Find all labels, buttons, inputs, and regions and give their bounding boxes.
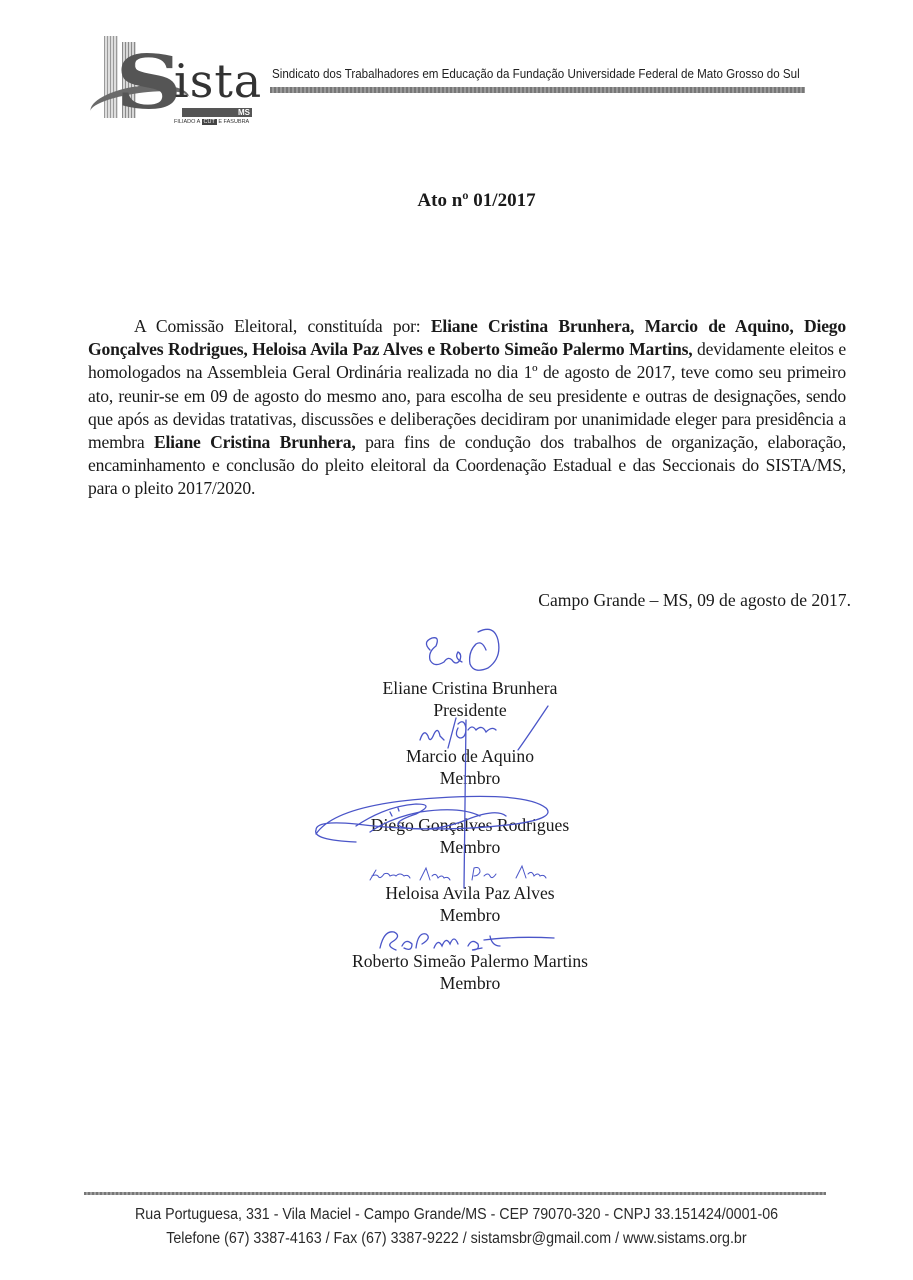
logo-wordmark: ista: [174, 58, 262, 104]
body-bold-run: Eliane Cristina Brunhera,: [154, 432, 356, 452]
signature-block-member: Marcio de Aquino Membro: [280, 745, 660, 789]
signatory-name: Roberto Simeão Palermo Martins: [280, 950, 660, 972]
signatory-role: Presidente: [280, 699, 660, 721]
signature-heloisa: [370, 866, 546, 880]
signatory-role: Membro: [280, 972, 660, 994]
footer-contact: Telefone (67) 3387-4163 / Fax (67) 3387-…: [0, 1230, 913, 1248]
logo-affiliation: FILIADO A CUT E FASUBRA: [174, 119, 249, 125]
signature-block-member: Roberto Simeão Palermo Martins Membro: [280, 950, 660, 994]
body-paragraph: A Comissão Eleitoral, constituída por: E…: [88, 315, 846, 501]
signatory-name: Diego Gonçalves Rodrigues: [280, 814, 660, 836]
signature-roberto: [380, 932, 554, 950]
organization-name: Sindicato dos Trabalhadores em Educação …: [272, 66, 800, 81]
place-date: Campo Grande – MS, 09 de agosto de 2017.: [538, 590, 851, 611]
document-body: A Comissão Eleitoral, constituída por: E…: [88, 315, 846, 501]
footer-address-text: Rua Portuguesa, 331 - Vila Maciel - Camp…: [135, 1206, 778, 1224]
logo-state: MS: [182, 108, 252, 117]
affiliation-cut: CUT: [202, 119, 217, 125]
affiliation-prefix: FILIADO A: [174, 119, 200, 125]
footer-address: Rua Portuguesa, 331 - Vila Maciel - Camp…: [0, 1206, 913, 1224]
affiliation-suffix: E FASUBRA: [218, 119, 249, 125]
footer-rule: [84, 1192, 826, 1195]
signatory-role: Membro: [280, 904, 660, 926]
sista-logo: S ista MS FILIADO A CUT E FASUBRA: [82, 28, 254, 128]
signature-block-member: Heloisa Avila Paz Alves Membro: [280, 882, 660, 926]
signature-block-member: Diego Gonçalves Rodrigues Membro: [280, 814, 660, 858]
body-text-run: A Comissão Eleitoral, constituída por:: [134, 316, 431, 336]
signatory-name: Marcio de Aquino: [280, 745, 660, 767]
signature-block-president: Eliane Cristina Brunhera Presidente: [280, 677, 660, 721]
signatory-name: Heloisa Avila Paz Alves: [280, 882, 660, 904]
document-title: Ato nº 01/2017: [0, 190, 913, 212]
header-rule: [270, 87, 805, 93]
signatory-name: Eliane Cristina Brunhera: [280, 677, 660, 699]
logo-initial: S: [115, 46, 182, 120]
signature-marcio: [420, 706, 548, 888]
signatory-role: Membro: [280, 836, 660, 858]
footer-contact-text: Telefone (67) 3387-4163 / Fax (67) 3387-…: [166, 1230, 746, 1248]
signatory-role: Membro: [280, 767, 660, 789]
signature-eliane: [426, 629, 498, 670]
